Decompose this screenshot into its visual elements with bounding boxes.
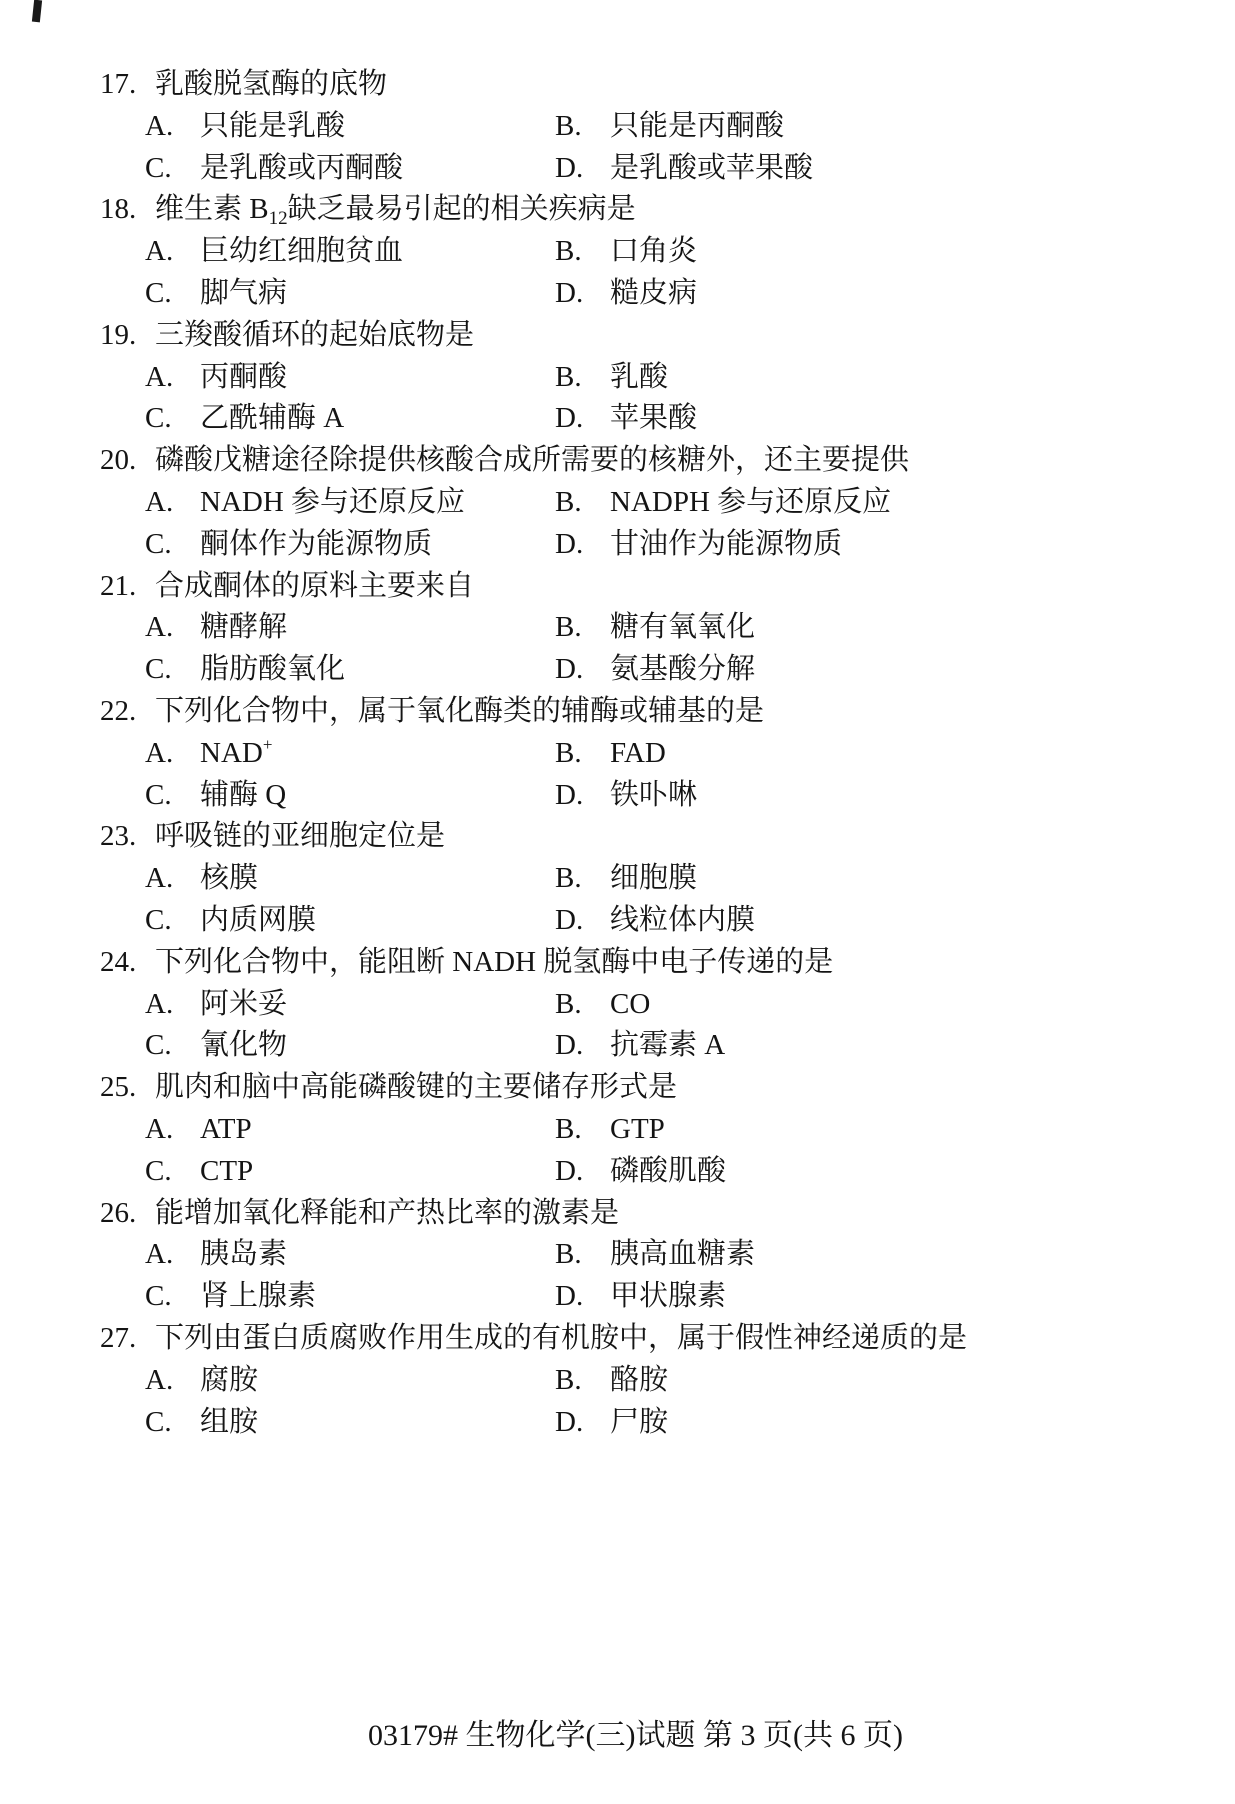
option-label: A. — [145, 1234, 200, 1276]
option-20-b: B.NADPH 参与还原反应 — [555, 482, 1205, 524]
option-20-a: A.NADH 参与还原反应 — [145, 482, 555, 524]
option-text: 糖有氧氧化 — [610, 607, 755, 649]
option-label: A. — [145, 357, 200, 399]
option-27-b: B.酪胺 — [555, 1360, 1205, 1402]
question-stem: 呼吸链的亚细胞定位是 — [155, 816, 445, 858]
option-24-d: D.抗霉素 A — [555, 1025, 1205, 1067]
option-23-d: D.线粒体内膜 — [555, 900, 1205, 942]
option-label: B. — [555, 357, 610, 399]
option-text: 辅酶 Q — [200, 775, 286, 817]
option-18-d: D.糙皮病 — [555, 273, 1205, 315]
option-text: 肾上腺素 — [200, 1276, 316, 1318]
option-label: A. — [145, 106, 200, 148]
option-23-a: A.核膜 — [145, 858, 555, 900]
option-24-a: A.阿米妥 — [145, 984, 555, 1026]
option-label: C. — [145, 1151, 200, 1193]
option-label: B. — [555, 607, 610, 649]
option-label: C. — [145, 775, 200, 817]
option-label: D. — [555, 148, 610, 190]
option-text-superscript: + — [263, 735, 273, 754]
options-grid: A.阿米妥 B.CO C.氰化物 D.抗霉素 A — [100, 984, 1205, 1068]
options-grid: A.糖酵解 B.糖有氧氧化 C.脂肪酸氧化 D.氨基酸分解 — [100, 607, 1205, 691]
option-18-b: B.口角炎 — [555, 231, 1205, 273]
option-text: 乳酸 — [610, 357, 668, 399]
options-grid: A.只能是乳酸 B.只能是丙酮酸 C.是乳酸或丙酮酸 D.是乳酸或苹果酸 — [100, 106, 1205, 190]
option-label: B. — [555, 106, 610, 148]
option-label: B. — [555, 733, 610, 775]
option-text: 脂肪酸氧化 — [200, 649, 345, 691]
option-label: B. — [555, 1360, 610, 1402]
option-text: 尸胺 — [610, 1402, 668, 1444]
page-footer: 03179# 生物化学(三)试题 第 3 页(共 6 页) — [18, 1716, 1235, 1756]
option-text: 只能是乳酸 — [200, 106, 345, 148]
option-24-c: C.氰化物 — [145, 1025, 555, 1067]
option-17-a: A.只能是乳酸 — [145, 106, 555, 148]
option-text: 酪胺 — [610, 1360, 668, 1402]
question-21: 21. 合成酮体的原料主要来自 A.糖酵解 B.糖有氧氧化 C.脂肪酸氧化 D.… — [100, 566, 1205, 691]
option-19-d: D.苹果酸 — [555, 398, 1205, 440]
question-23: 23. 呼吸链的亚细胞定位是 A.核膜 B.细胞膜 C.内质网膜 D.线粒体内膜 — [100, 816, 1205, 941]
option-text: 乙酰辅酶 A — [200, 398, 344, 440]
options-grid: A.丙酮酸 B.乳酸 C.乙酰辅酶 A D.苹果酸 — [100, 357, 1205, 441]
question-stem-row: 23. 呼吸链的亚细胞定位是 — [100, 816, 1205, 858]
option-label: D. — [555, 900, 610, 942]
option-27-d: D.尸胺 — [555, 1402, 1205, 1444]
option-label: C. — [145, 900, 200, 942]
option-25-c: C.CTP — [145, 1151, 555, 1193]
exam-page: 17. 乳酸脱氢酶的底物 A.只能是乳酸 B.只能是丙酮酸 C.是乳酸或丙酮酸 … — [0, 0, 1235, 1804]
stem-text: 维生素 B — [155, 193, 269, 225]
option-label: C. — [145, 273, 200, 315]
option-26-b: B.胰高血糖素 — [555, 1234, 1205, 1276]
question-17: 17. 乳酸脱氢酶的底物 A.只能是乳酸 B.只能是丙酮酸 C.是乳酸或丙酮酸 … — [100, 64, 1205, 189]
options-grid: A.NADH 参与还原反应 B.NADPH 参与还原反应 C.酮体作为能源物质 … — [100, 482, 1205, 566]
option-label: A. — [145, 1109, 200, 1151]
option-22-a: A.NAD+ — [145, 733, 555, 775]
option-text: 脚气病 — [200, 273, 287, 315]
options-grid: A.腐胺 B.酪胺 C.组胺 D.尸胺 — [100, 1360, 1205, 1444]
option-text: 抗霉素 A — [610, 1025, 725, 1067]
option-label: B. — [555, 482, 610, 524]
question-stem: 合成酮体的原料主要来自 — [155, 566, 474, 608]
option-text: ATP — [200, 1109, 252, 1151]
option-26-c: C.肾上腺素 — [145, 1276, 555, 1318]
option-label: B. — [555, 231, 610, 273]
option-25-a: A.ATP — [145, 1109, 555, 1151]
option-23-b: B.细胞膜 — [555, 858, 1205, 900]
option-24-b: B.CO — [555, 984, 1205, 1026]
question-stem: 维生素 B12缺乏最易引起的相关疾病是 — [155, 189, 636, 231]
question-number: 23. — [100, 816, 155, 858]
option-21-b: B.糖有氧氧化 — [555, 607, 1205, 649]
option-text: 胰高血糖素 — [610, 1234, 755, 1276]
scan-artifact-mark — [32, 0, 42, 22]
option-label: B. — [555, 984, 610, 1026]
option-text: 甲状腺素 — [610, 1276, 726, 1318]
stem-text: 缺乏最易引起的相关疾病是 — [288, 193, 636, 225]
option-text: 磷酸肌酸 — [610, 1151, 726, 1193]
question-stem-row: 17. 乳酸脱氢酶的底物 — [100, 64, 1205, 106]
option-22-c: C.辅酶 Q — [145, 775, 555, 817]
option-22-d: D.铁卟啉 — [555, 775, 1205, 817]
option-label: C. — [145, 148, 200, 190]
question-stem-row: 19. 三羧酸循环的起始底物是 — [100, 315, 1205, 357]
option-19-c: C.乙酰辅酶 A — [145, 398, 555, 440]
question-18: 18. 维生素 B12缺乏最易引起的相关疾病是 A.巨幼红细胞贫血 B.口角炎 … — [100, 189, 1205, 314]
option-label: C. — [145, 1025, 200, 1067]
option-label: B. — [555, 1109, 610, 1151]
option-18-c: C.脚气病 — [145, 273, 555, 315]
question-stem-row: 20. 磷酸戊糖途径除提供核酸合成所需要的核糖外，还主要提供 — [100, 440, 1205, 482]
option-19-b: B.乳酸 — [555, 357, 1205, 399]
option-17-b: B.只能是丙酮酸 — [555, 106, 1205, 148]
question-number: 25. — [100, 1067, 155, 1109]
option-text: FAD — [610, 733, 666, 775]
question-number: 27. — [100, 1318, 155, 1360]
question-stem-row: 24. 下列化合物中，能阻断 NADH 脱氢酶中电子传递的是 — [100, 942, 1205, 984]
options-grid: A.胰岛素 B.胰高血糖素 C.肾上腺素 D.甲状腺素 — [100, 1234, 1205, 1318]
option-text: 口角炎 — [610, 231, 697, 273]
stem-subscript: 12 — [269, 208, 288, 229]
option-27-c: C.组胺 — [145, 1402, 555, 1444]
option-label: D. — [555, 1276, 610, 1318]
option-text: 线粒体内膜 — [610, 900, 755, 942]
option-text: 核膜 — [200, 858, 258, 900]
option-text: NADPH 参与还原反应 — [610, 482, 891, 524]
option-20-c: C.酮体作为能源物质 — [145, 524, 555, 566]
options-grid: A.巨幼红细胞贫血 B.口角炎 C.脚气病 D.糙皮病 — [100, 231, 1205, 315]
option-label: A. — [145, 858, 200, 900]
question-27: 27. 下列由蛋白质腐败作用生成的有机胺中，属于假性神经递质的是 A.腐胺 B.… — [100, 1318, 1205, 1443]
option-label: D. — [555, 649, 610, 691]
option-text-base: NAD — [200, 737, 263, 769]
option-text: NADH 参与还原反应 — [200, 482, 465, 524]
question-number: 24. — [100, 942, 155, 984]
questions-section: 17. 乳酸脱氢酶的底物 A.只能是乳酸 B.只能是丙酮酸 C.是乳酸或丙酮酸 … — [100, 64, 1205, 1443]
option-label: B. — [555, 858, 610, 900]
option-text: 酮体作为能源物质 — [200, 524, 432, 566]
option-text: 氰化物 — [200, 1025, 287, 1067]
option-text: NAD+ — [200, 733, 272, 775]
question-number: 20. — [100, 440, 155, 482]
option-label: D. — [555, 1402, 610, 1444]
option-text: CTP — [200, 1151, 253, 1193]
option-label: A. — [145, 1360, 200, 1402]
question-stem: 磷酸戊糖途径除提供核酸合成所需要的核糖外，还主要提供 — [155, 440, 909, 482]
option-text: CO — [610, 984, 650, 1026]
option-text: 糙皮病 — [610, 273, 697, 315]
option-label: D. — [555, 273, 610, 315]
option-label: A. — [145, 733, 200, 775]
option-text: 是乳酸或苹果酸 — [610, 148, 813, 190]
question-stem: 乳酸脱氢酶的底物 — [155, 64, 387, 106]
option-text: 是乳酸或丙酮酸 — [200, 148, 403, 190]
question-26: 26. 能增加氧化释能和产热比率的激素是 A.胰岛素 B.胰高血糖素 C.肾上腺… — [100, 1193, 1205, 1318]
question-number: 21. — [100, 566, 155, 608]
option-label: D. — [555, 524, 610, 566]
option-26-a: A.胰岛素 — [145, 1234, 555, 1276]
option-text: 细胞膜 — [610, 858, 697, 900]
question-number: 18. — [100, 189, 155, 231]
question-24: 24. 下列化合物中，能阻断 NADH 脱氢酶中电子传递的是 A.阿米妥 B.C… — [100, 942, 1205, 1067]
option-text: 铁卟啉 — [610, 775, 697, 817]
option-18-a: A.巨幼红细胞贫血 — [145, 231, 555, 273]
question-22: 22. 下列化合物中，属于氧化酶类的辅酶或辅基的是 A.NAD+ B.FAD C… — [100, 691, 1205, 816]
options-grid: A.核膜 B.细胞膜 C.内质网膜 D.线粒体内膜 — [100, 858, 1205, 942]
option-27-a: A.腐胺 — [145, 1360, 555, 1402]
question-number: 19. — [100, 315, 155, 357]
option-label: B. — [555, 1234, 610, 1276]
question-20: 20. 磷酸戊糖途径除提供核酸合成所需要的核糖外，还主要提供 A.NADH 参与… — [100, 440, 1205, 565]
option-21-d: D.氨基酸分解 — [555, 649, 1205, 691]
option-19-a: A.丙酮酸 — [145, 357, 555, 399]
option-label: D. — [555, 1151, 610, 1193]
option-label: D. — [555, 1025, 610, 1067]
option-text: 组胺 — [200, 1402, 258, 1444]
option-label: A. — [145, 482, 200, 524]
option-text: GTP — [610, 1109, 665, 1151]
question-stem: 三羧酸循环的起始底物是 — [155, 315, 474, 357]
option-text: 丙酮酸 — [200, 357, 287, 399]
option-label: A. — [145, 984, 200, 1026]
option-label: A. — [145, 607, 200, 649]
question-stem-row: 21. 合成酮体的原料主要来自 — [100, 566, 1205, 608]
question-stem: 下列化合物中，属于氧化酶类的辅酶或辅基的是 — [155, 691, 764, 733]
option-22-b: B.FAD — [555, 733, 1205, 775]
options-grid: A.NAD+ B.FAD C.辅酶 Q D.铁卟啉 — [100, 733, 1205, 817]
option-text: 只能是丙酮酸 — [610, 106, 784, 148]
option-17-c: C.是乳酸或丙酮酸 — [145, 148, 555, 190]
option-text: 阿米妥 — [200, 984, 287, 1026]
question-19: 19. 三羧酸循环的起始底物是 A.丙酮酸 B.乳酸 C.乙酰辅酶 A D.苹果… — [100, 315, 1205, 440]
option-20-d: D.甘油作为能源物质 — [555, 524, 1205, 566]
option-text: 甘油作为能源物质 — [610, 524, 842, 566]
option-text: 胰岛素 — [200, 1234, 287, 1276]
option-26-d: D.甲状腺素 — [555, 1276, 1205, 1318]
question-stem-row: 18. 维生素 B12缺乏最易引起的相关疾病是 — [100, 189, 1205, 231]
option-23-c: C.内质网膜 — [145, 900, 555, 942]
options-grid: A.ATP B.GTP C.CTP D.磷酸肌酸 — [100, 1109, 1205, 1193]
option-label: C. — [145, 524, 200, 566]
question-stem-row: 25. 肌肉和脑中高能磷酸键的主要储存形式是 — [100, 1067, 1205, 1109]
option-text: 内质网膜 — [200, 900, 316, 942]
option-label: D. — [555, 398, 610, 440]
option-21-c: C.脂肪酸氧化 — [145, 649, 555, 691]
option-text: 糖酵解 — [200, 607, 287, 649]
option-label: C. — [145, 649, 200, 691]
question-25: 25. 肌肉和脑中高能磷酸键的主要储存形式是 A.ATP B.GTP C.CTP… — [100, 1067, 1205, 1192]
question-stem: 下列由蛋白质腐败作用生成的有机胺中，属于假性神经递质的是 — [155, 1318, 967, 1360]
option-text: 腐胺 — [200, 1360, 258, 1402]
question-stem-row: 22. 下列化合物中，属于氧化酶类的辅酶或辅基的是 — [100, 691, 1205, 733]
question-stem-row: 26. 能增加氧化释能和产热比率的激素是 — [100, 1193, 1205, 1235]
option-label: C. — [145, 1402, 200, 1444]
question-stem: 肌肉和脑中高能磷酸键的主要储存形式是 — [155, 1067, 677, 1109]
option-25-b: B.GTP — [555, 1109, 1205, 1151]
option-text: 巨幼红细胞贫血 — [200, 231, 403, 273]
question-stem-row: 27. 下列由蛋白质腐败作用生成的有机胺中，属于假性神经递质的是 — [100, 1318, 1205, 1360]
option-label: D. — [555, 775, 610, 817]
option-text: 苹果酸 — [610, 398, 697, 440]
option-21-a: A.糖酵解 — [145, 607, 555, 649]
question-number: 17. — [100, 64, 155, 106]
option-25-d: D.磷酸肌酸 — [555, 1151, 1205, 1193]
option-text: 氨基酸分解 — [610, 649, 755, 691]
option-label: C. — [145, 1276, 200, 1318]
option-17-d: D.是乳酸或苹果酸 — [555, 148, 1205, 190]
question-stem: 下列化合物中，能阻断 NADH 脱氢酶中电子传递的是 — [155, 942, 833, 984]
question-number: 22. — [100, 691, 155, 733]
option-label: C. — [145, 398, 200, 440]
question-stem: 能增加氧化释能和产热比率的激素是 — [155, 1193, 619, 1235]
question-number: 26. — [100, 1193, 155, 1235]
option-label: A. — [145, 231, 200, 273]
